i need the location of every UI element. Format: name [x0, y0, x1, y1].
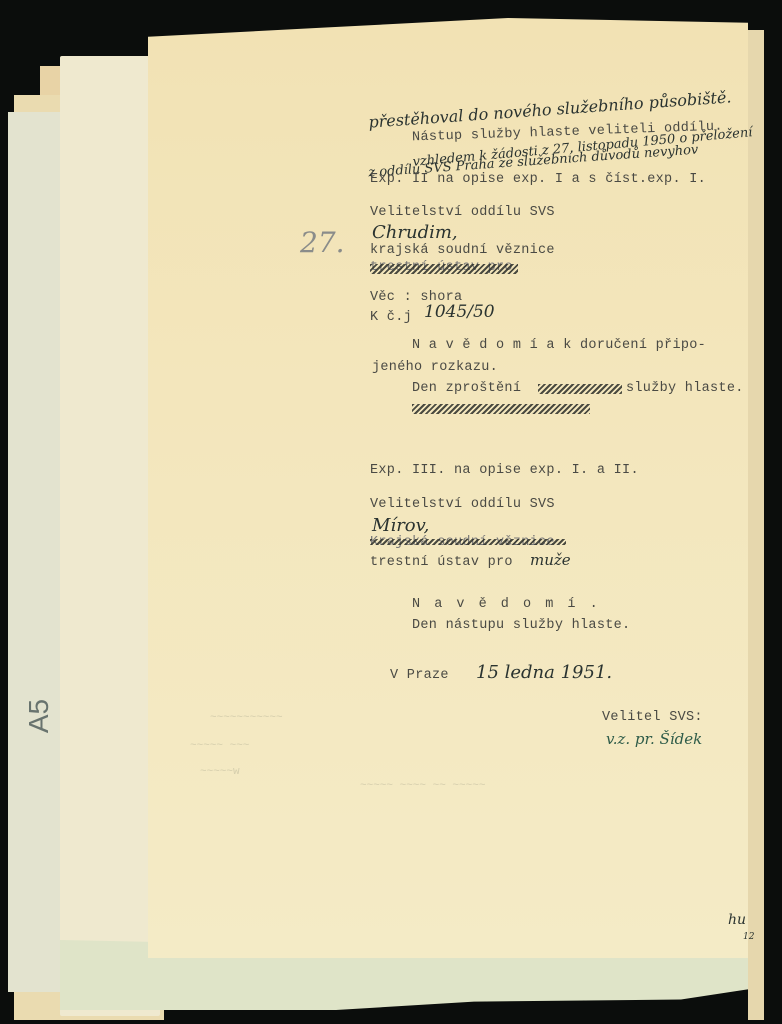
body-line: N a v ě d o m í a k doručení připo-	[412, 338, 706, 353]
exp-heading: Exp. III. na opise exp. I. a II.	[370, 463, 639, 478]
strike-through	[370, 264, 518, 274]
recipient-line: Velitelství oddílu SVS	[370, 497, 555, 512]
body-line: N a v ě d o m í .	[412, 597, 601, 612]
underlying-sheet-right	[748, 30, 764, 1020]
exp-heading: Exp. II na opise exp. I a s číst.exp. I.	[370, 172, 706, 187]
handwritten-insert: muže	[530, 551, 571, 569]
bleed-through-text: ~~~~~ ~~~~ ~~ ~~~~~	[360, 780, 485, 792]
recipient-line: trestní ústav pro	[370, 555, 513, 570]
strike-through	[412, 404, 590, 414]
bleed-through-text: ~~~~~w	[200, 766, 240, 778]
corner-number: 12	[743, 932, 754, 942]
body-line: jeného rozkazu.	[372, 360, 498, 375]
handwritten-date: 15 ledna 1951.	[476, 662, 612, 683]
bleed-through-text: ~~~~~~~~~~~	[210, 712, 283, 724]
reference-prefix: K č.j	[370, 310, 412, 325]
bleed-through-text: ~~~~~ ~~~	[190, 740, 249, 752]
signature-title: Velitel SVS:	[602, 710, 703, 725]
strike-through	[538, 384, 622, 394]
signature: v.z. pr. Šídek	[606, 730, 702, 748]
recipient-line: krajská soudní věznice	[370, 243, 555, 258]
handwritten-reference: 1045/50	[424, 302, 495, 322]
pencil-mark: 27.	[300, 226, 345, 259]
body-line: Den zproštění	[412, 381, 521, 396]
recipient-line: Velitelství oddílu SVS	[370, 205, 555, 220]
strike-through	[370, 539, 566, 545]
background-stamp: A5	[23, 699, 55, 733]
place-label: V Praze	[390, 668, 449, 683]
underlying-sheet	[60, 56, 160, 1016]
body-line: Den nástupu služby hlaste.	[412, 618, 630, 633]
corner-initials: hu	[728, 912, 746, 928]
body-line: služby hlaste.	[626, 381, 744, 396]
handwritten-recipient: Mírov,	[372, 515, 429, 536]
handwritten-recipient: Chrudim,	[372, 222, 458, 243]
